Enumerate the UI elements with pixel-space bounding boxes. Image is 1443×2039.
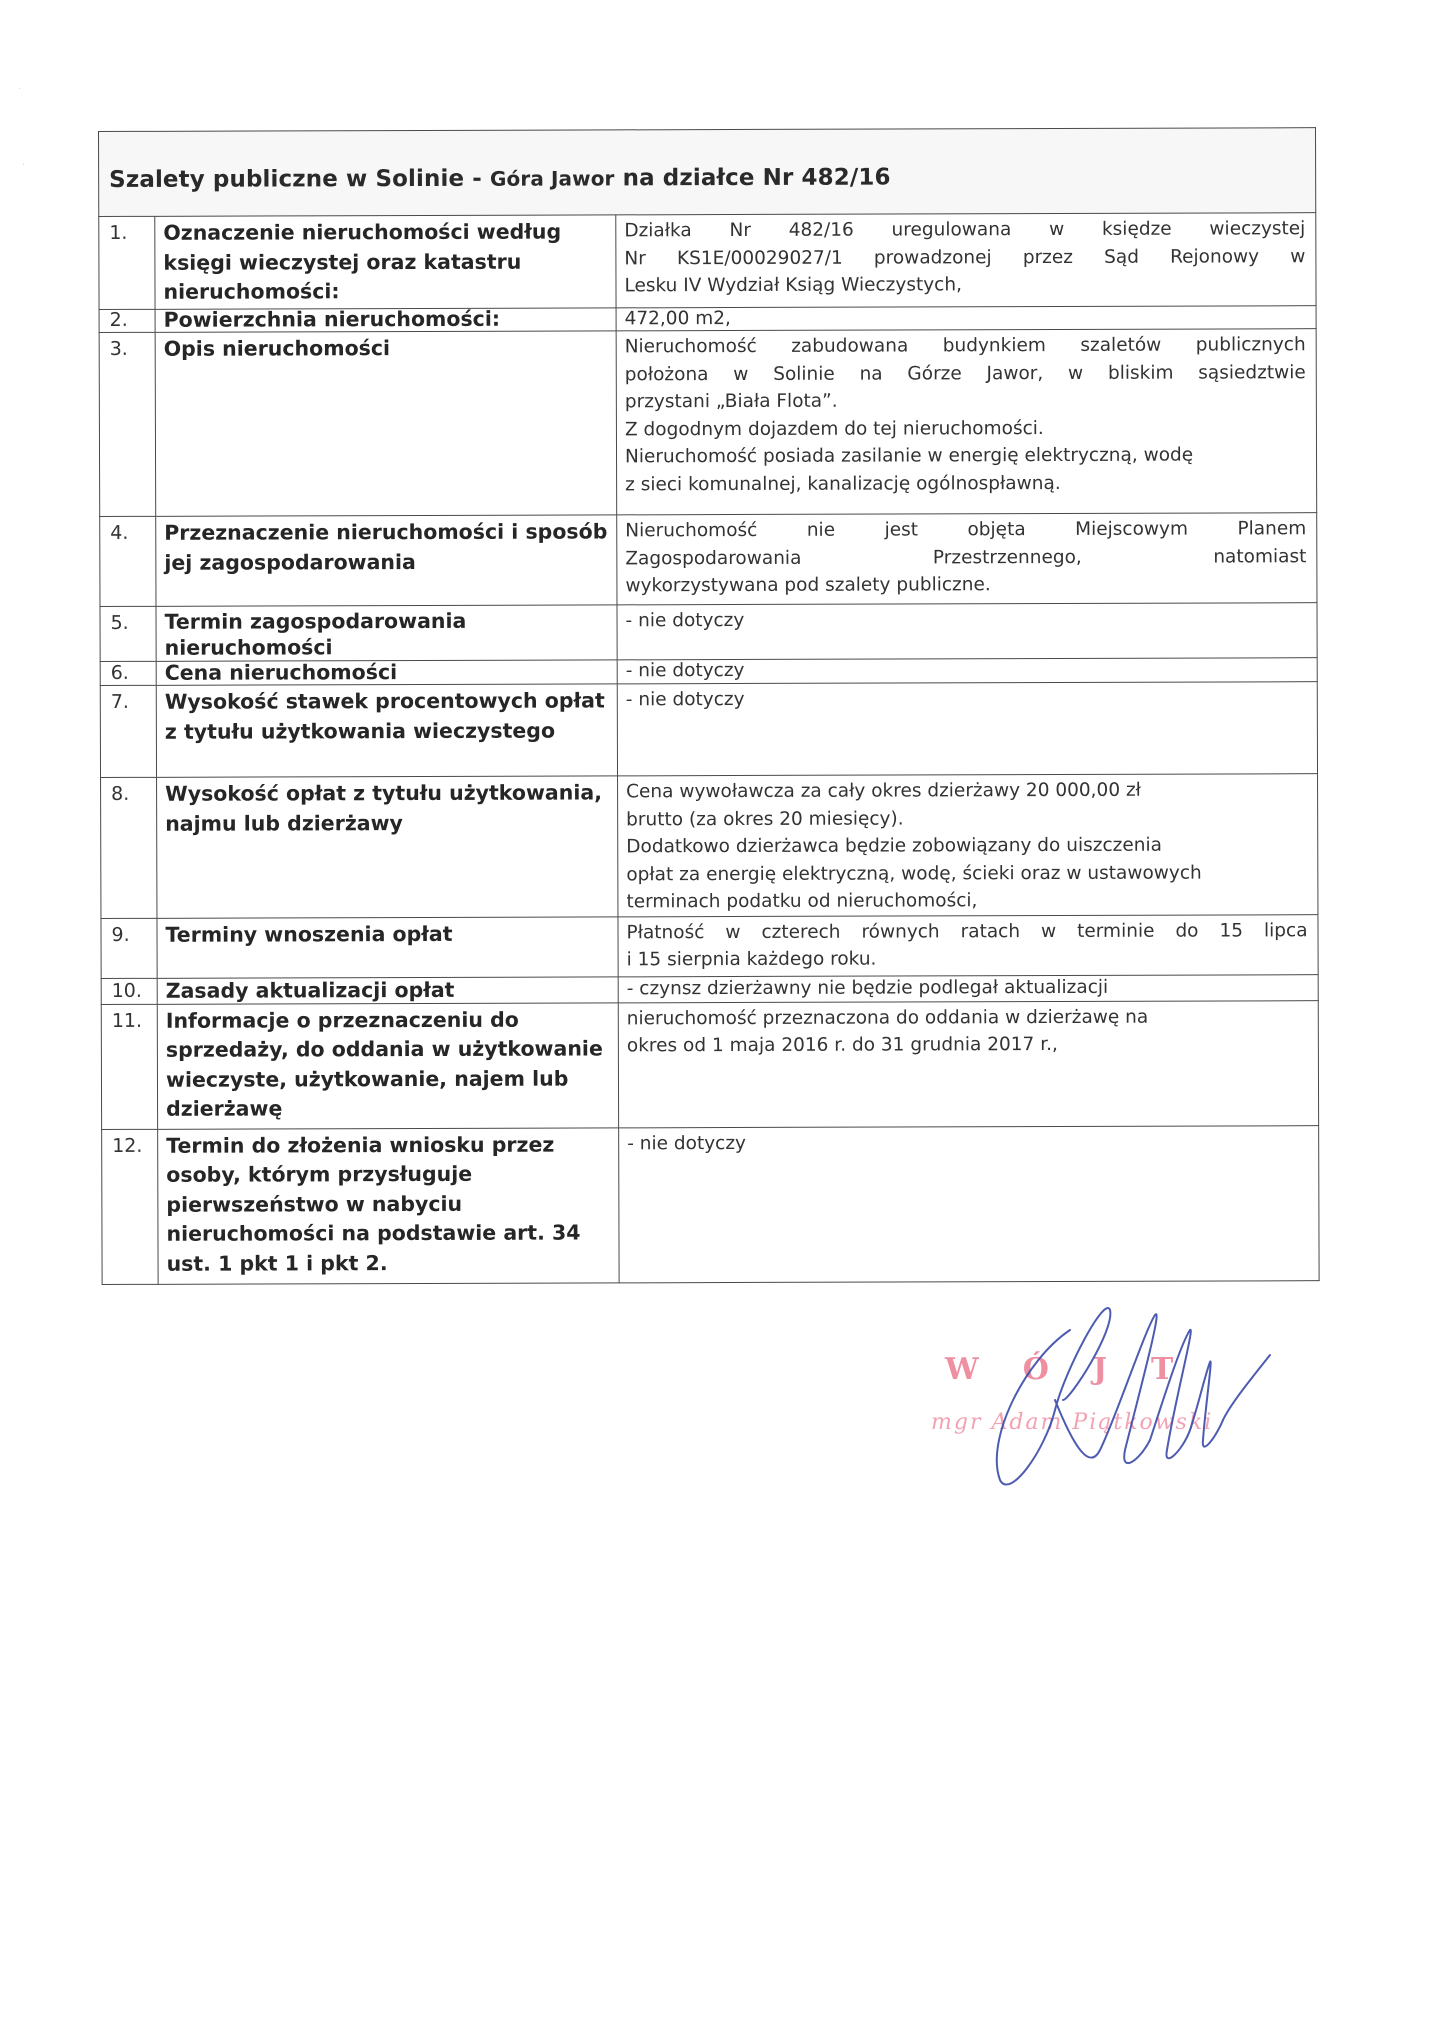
row-value: 472,00 m2, [616, 306, 1316, 331]
row-number: 9. [101, 918, 157, 978]
table-row: 11. Informacje o przeznaczeniu do sprzed… [101, 1000, 1318, 1129]
row-label: Terminy wnoszenia opłat [157, 916, 618, 977]
row-value: - nie dotyczy [617, 603, 1317, 660]
row-value: Nieruchomość nie jest objęta Miejscowym … [617, 513, 1317, 605]
title-location: Góra Jawor [490, 166, 615, 190]
row-number: 3. [99, 332, 156, 516]
value-line: okres od 1 maja 2016 r. do 31 grudnia 20… [627, 1030, 1308, 1060]
row-label: Wysokość opłat z tytułu użytkowania, naj… [157, 776, 618, 918]
value-line: położona w Solinie na Górze Jawor, w bli… [625, 359, 1306, 389]
scan-artifact: · [18, 84, 21, 95]
value-line: Nieruchomość zabudowana budynkiem szalet… [625, 331, 1306, 361]
table-row: 4. Przeznaczenie nieruchomości i sposób … [100, 513, 1317, 607]
row-label: Zasady aktualizacji opłat [157, 976, 618, 1003]
row-label: Termin do złożenia wniosku przez osoby, … [158, 1127, 619, 1283]
row-label: Oznaczenie nieruchomości według księgi w… [155, 215, 616, 309]
value-line: - nie dotyczy [626, 658, 1307, 682]
row-value: - nie dotyczy [619, 1125, 1319, 1282]
value-line: Z dogodnym dojazdem do tej nieruchomości… [625, 414, 1306, 444]
value-line: Płatność w czterech równych ratach w ter… [626, 917, 1307, 947]
row-number: 4. [100, 516, 156, 606]
row-number: 8. [101, 777, 157, 918]
document-page: · · Szalety publiczne w Solinie - Góra J… [0, 0, 1443, 2039]
document-title: Szalety publiczne w Solinie - Góra Jawor… [109, 165, 890, 193]
row-value: nieruchomość przeznaczona do oddania w d… [618, 1000, 1318, 1127]
row-label: Opis nieruchomości [155, 331, 617, 516]
official-stamp: WÓJT mgr Adam Piątkowski [905, 1300, 1305, 1500]
table-title-row: Szalety publiczne w Solinie - Góra Jawor… [99, 128, 1316, 217]
value-line: wykorzystywana pod szalety publiczne. [625, 570, 1306, 600]
row-value: - czynsz dzierżawny nie będzie podlegał … [618, 974, 1318, 1002]
value-line: - czynsz dzierżawny nie będzie podlegał … [627, 975, 1308, 1001]
value-line: i 15 sierpnia każdego roku. [627, 944, 1308, 974]
value-line: z sieci komunalnej, kanalizację ogólnosp… [625, 469, 1306, 499]
value-line: 472,00 m2, [625, 306, 1306, 329]
table-row: 10. Zasady aktualizacji opłat - czynsz d… [101, 974, 1318, 1004]
row-value: Cena wywoławcza za cały okres dzierżawy … [618, 774, 1318, 917]
value-line: brutto (za okres 20 miesięcy). [626, 804, 1307, 834]
row-number: 1. [99, 216, 155, 309]
row-label: Powierzchnia nieruchomości: [155, 308, 616, 332]
row-value: Nieruchomość zabudowana budynkiem szalet… [616, 329, 1317, 515]
table-row: 5. Termin zagospodarowania nieruchomości… [100, 603, 1317, 662]
title-main: Szalety publiczne w Solinie - [109, 166, 490, 193]
handwritten-signature-icon [905, 1300, 1305, 1500]
value-line: - nie dotyczy [625, 605, 1306, 635]
table-row: 7. Wysokość stawek procentowych opłat z … [100, 682, 1317, 778]
value-line: - nie dotyczy [626, 684, 1307, 714]
row-value: Płatność w czterech równych ratach w ter… [618, 914, 1318, 976]
row-number: 11. [101, 1004, 157, 1129]
value-line: - nie dotyczy [627, 1128, 1308, 1158]
scan-artifact: · [22, 160, 25, 171]
row-number: 7. [100, 685, 156, 777]
table-row: 1. Oznaczenie nieruchomości według księg… [99, 213, 1316, 310]
table-row: 3. Opis nieruchomości Nieruchomość zabud… [99, 329, 1317, 517]
value-line: Lesku IV Wydział Ksiąg Wieczystych, [624, 270, 1305, 300]
value-line: opłat za energię elektryczną, wodę, ście… [626, 859, 1307, 889]
title-parcel: na działce Nr 482/16 [614, 165, 890, 192]
row-number: 5. [100, 606, 156, 661]
value-line: nieruchomość przeznaczona do oddania w d… [627, 1003, 1308, 1033]
row-number: 2. [99, 309, 155, 332]
table-title-cell: Szalety publiczne w Solinie - Góra Jawor… [99, 128, 1316, 217]
property-info-table: Szalety publiczne w Solinie - Góra Jawor… [98, 127, 1320, 1284]
value-line: Nieruchomość nie jest objęta Miejscowym … [625, 515, 1306, 545]
value-line: Zagospodarowania Przestrzennego, natomia… [625, 543, 1306, 573]
value-line: Nieruchomość posiada zasilanie w energię… [625, 441, 1306, 471]
table-row: 8. Wysokość opłat z tytułu użytkowania, … [101, 774, 1318, 918]
value-line: Działka Nr 482/16 uregulowana w księdze … [624, 215, 1305, 245]
row-label: Termin zagospodarowania nieruchomości [156, 605, 617, 661]
value-line: terminach podatku od nieruchomości, [626, 886, 1307, 916]
row-value: Działka Nr 482/16 uregulowana w księdze … [616, 213, 1316, 308]
row-label: Cena nieruchomości [156, 660, 617, 685]
value-line: Dodatkowo dzierżawca będzie zobowiązany … [626, 831, 1307, 861]
value-line: Cena wywoławcza za cały okres dzierżawy … [626, 776, 1307, 806]
row-label: Przeznaczenie nieruchomości i sposób jej… [156, 515, 617, 606]
table-row: 9. Terminy wnoszenia opłat Płatność w cz… [101, 914, 1318, 978]
row-number: 6. [100, 661, 156, 685]
row-label: Wysokość stawek procentowych opłat z tyt… [156, 684, 617, 777]
value-line: przystani „Biała Flota”. [625, 386, 1306, 416]
row-number: 10. [101, 978, 157, 1004]
value-line: Nr KS1E/00029027/1 prowadzonej przez Sąd… [624, 243, 1305, 273]
table-row: 12. Termin do złożenia wniosku przez oso… [102, 1125, 1319, 1284]
row-value: - nie dotyczy [617, 682, 1317, 776]
row-value: - nie dotyczy [617, 658, 1317, 684]
row-label: Informacje o przeznaczeniu do sprzedaży,… [157, 1002, 618, 1128]
row-number: 12. [102, 1129, 158, 1284]
